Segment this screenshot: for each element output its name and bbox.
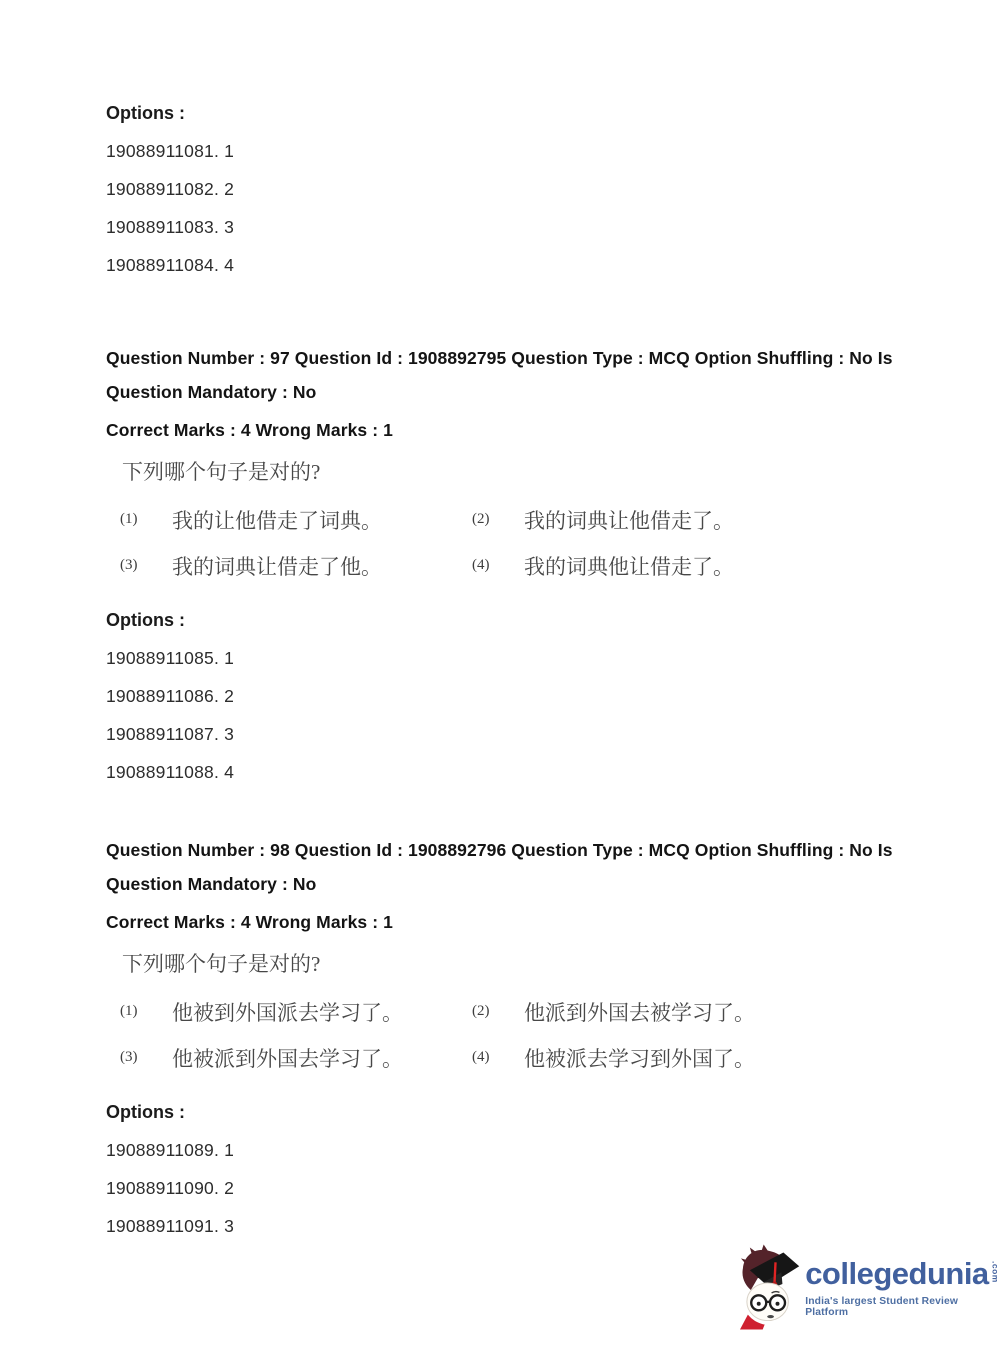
question-98: Question Number : 98 Question Id : 19088… bbox=[106, 833, 926, 1237]
brand-wordmark: collegedunia bbox=[805, 1258, 988, 1289]
options-heading: Options : bbox=[106, 1101, 926, 1123]
options-block-previous-question: Options : 19088911081. 1 19088911082. 2 … bbox=[106, 102, 926, 276]
exam-document-page: Options : 19088911081. 1 19088911082. 2 … bbox=[0, 0, 1001, 1356]
choice-number: (3) bbox=[120, 1045, 172, 1066]
choice-number: (4) bbox=[472, 1045, 524, 1066]
option-id-row: 19088911082. 2 bbox=[106, 178, 926, 200]
choice-text: 我的让他借走了词典。 bbox=[172, 507, 382, 535]
options-heading: Options : bbox=[106, 102, 926, 124]
brand-wordmark-row: collegedunia .com bbox=[805, 1258, 1001, 1289]
question-choices: (1) 他被到外国派去学习了。 (2) 他派到外国去被学习了。 (3) 他被派到… bbox=[120, 999, 926, 1073]
choice-3: (3) 他被派到外国去学习了。 bbox=[120, 1045, 472, 1073]
option-id-row: 19088911081. 1 bbox=[106, 140, 926, 162]
choice-number: (2) bbox=[472, 999, 524, 1020]
option-id-row: 19088911091. 3 bbox=[106, 1215, 926, 1237]
choice-text: 他派到外国去被学习了。 bbox=[524, 999, 755, 1027]
question-marks-line: Correct Marks : 4 Wrong Marks : 1 bbox=[106, 413, 926, 447]
choice-1: (1) 他被到外国派去学习了。 bbox=[120, 999, 472, 1027]
collegedunia-logo[interactable]: collegedunia .com India's largest Studen… bbox=[738, 1244, 1001, 1330]
options-heading: Options : bbox=[106, 609, 926, 631]
option-id-row: 19088911087. 3 bbox=[106, 723, 926, 745]
question-meta-line: Question Number : 97 Question Id : 19088… bbox=[106, 341, 926, 375]
brand-text: collegedunia .com India's largest Studen… bbox=[805, 1244, 1001, 1318]
option-id-row: 19088911083. 3 bbox=[106, 216, 926, 238]
question-choices: (1) 我的让他借走了词典。 (2) 我的词典让他借走了。 (3) 我的词典让借… bbox=[120, 507, 926, 581]
choice-text: 我的词典他让借走了。 bbox=[524, 553, 734, 581]
option-id-row: 19088911089. 1 bbox=[106, 1139, 926, 1161]
option-id-row: 19088911090. 2 bbox=[106, 1177, 926, 1199]
choice-number: (4) bbox=[472, 553, 524, 574]
choice-number: (3) bbox=[120, 553, 172, 574]
choice-4: (4) 他被派去学习到外国了。 bbox=[472, 1045, 926, 1073]
choice-3: (3) 我的词典让借走了他。 bbox=[120, 553, 472, 581]
option-id-row: 19088911088. 4 bbox=[106, 761, 926, 783]
choice-text: 他被到外国派去学习了。 bbox=[172, 999, 403, 1027]
question-meta-line: Question Mandatory : No bbox=[106, 867, 926, 901]
choice-text: 他被派去学习到外国了。 bbox=[524, 1045, 755, 1073]
question-stem: 下列哪个句子是对的? bbox=[122, 949, 926, 979]
choice-number: (1) bbox=[120, 507, 172, 528]
brand-domain-suffix: .com bbox=[991, 1261, 1001, 1283]
choice-number: (1) bbox=[120, 999, 172, 1020]
choice-number: (2) bbox=[472, 507, 524, 528]
choice-text: 他被派到外国去学习了。 bbox=[172, 1045, 403, 1073]
option-id-row: 19088911085. 1 bbox=[106, 647, 926, 669]
option-id-row: 19088911084. 4 bbox=[106, 254, 926, 276]
option-id-row: 19088911086. 2 bbox=[106, 685, 926, 707]
question-97: Question Number : 97 Question Id : 19088… bbox=[106, 341, 926, 783]
choice-1: (1) 我的让他借走了词典。 bbox=[120, 507, 472, 535]
question-meta-line: Question Mandatory : No bbox=[106, 375, 926, 409]
choice-text: 我的词典让他借走了。 bbox=[524, 507, 734, 535]
choice-2: (2) 我的词典让他借走了。 bbox=[472, 507, 926, 535]
choice-4: (4) 我的词典他让借走了。 bbox=[472, 553, 926, 581]
collegedunia-mascot-icon bbox=[738, 1244, 801, 1330]
brand-tagline: India's largest Student Review Platform bbox=[805, 1296, 1001, 1318]
choice-text: 我的词典让借走了他。 bbox=[172, 553, 382, 581]
choice-2: (2) 他派到外国去被学习了。 bbox=[472, 999, 926, 1027]
question-marks-line: Correct Marks : 4 Wrong Marks : 1 bbox=[106, 905, 926, 939]
question-stem: 下列哪个句子是对的? bbox=[122, 457, 926, 487]
question-meta-line: Question Number : 98 Question Id : 19088… bbox=[106, 833, 926, 867]
